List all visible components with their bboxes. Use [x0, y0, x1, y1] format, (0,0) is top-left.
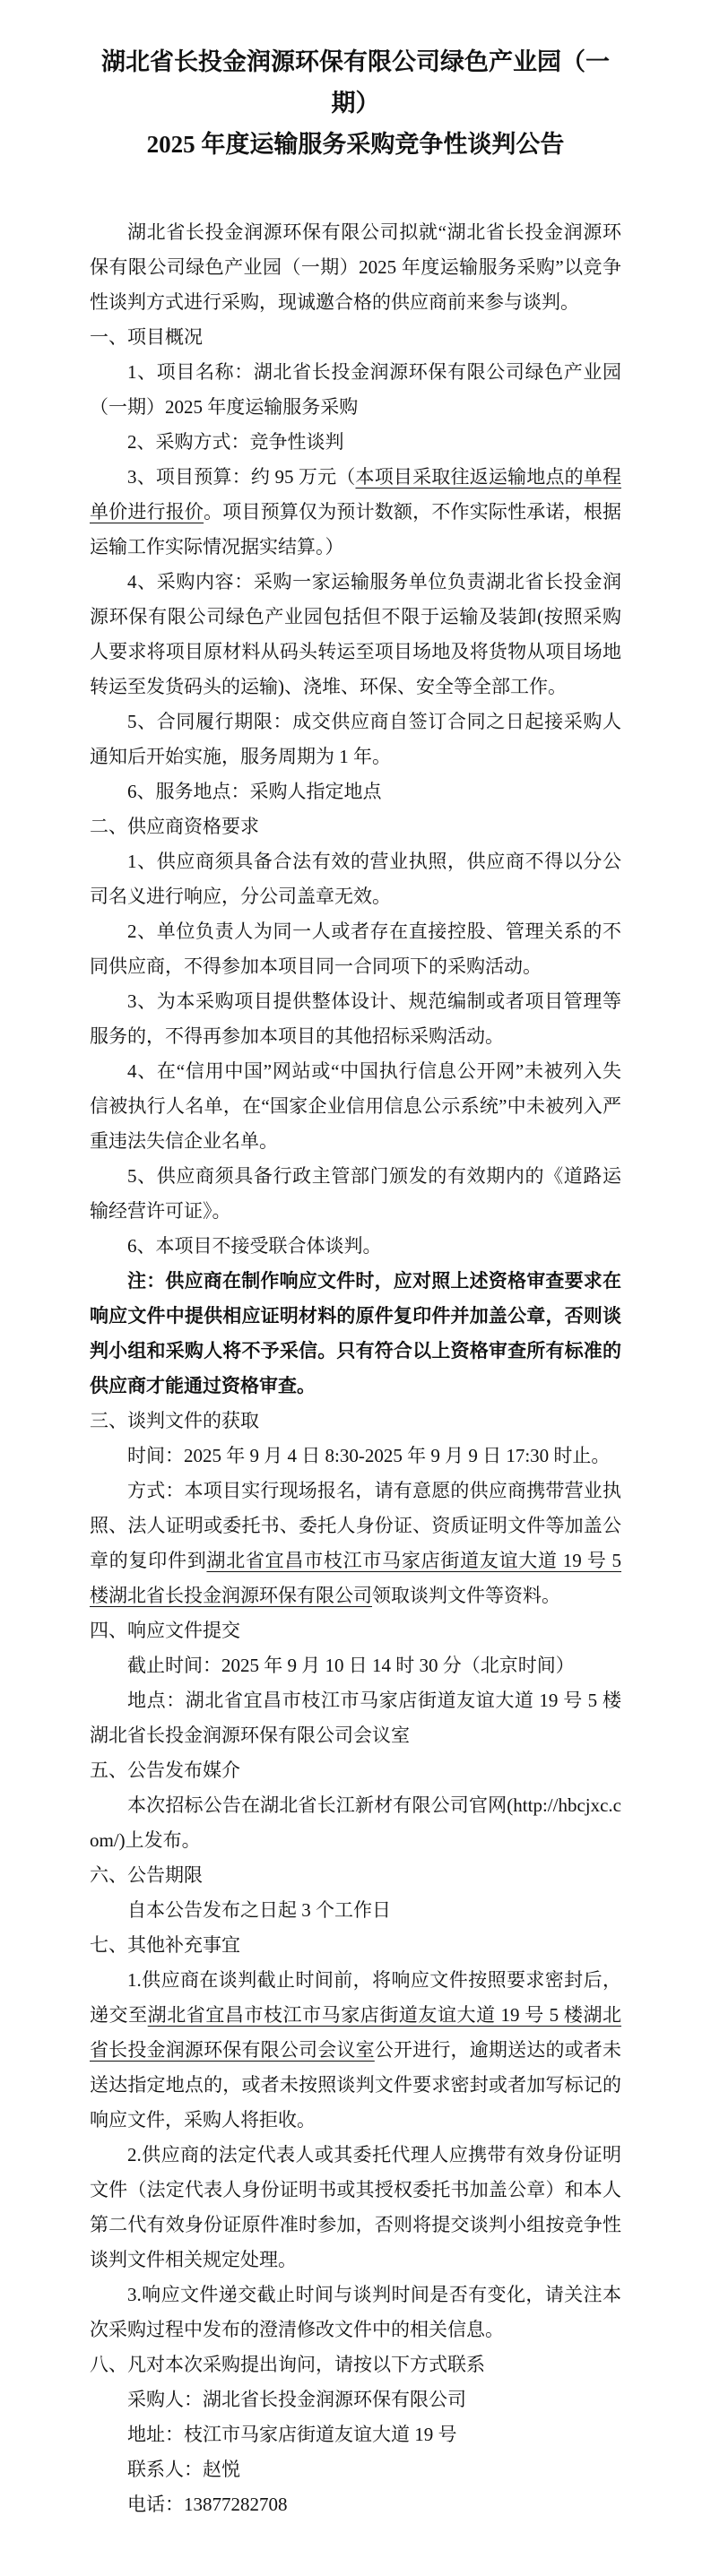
- section3-heading: 三、谈判文件的获取: [90, 1404, 621, 1439]
- section2-item6: 6、本项目不接受联合体谈判。: [90, 1229, 621, 1264]
- section1-item-service-location: 6、服务地点：采购人指定地点: [90, 774, 621, 809]
- section8-heading: 八、凡对本次采购提出询问，请按以下方式联系: [90, 2347, 621, 2382]
- section1-item-procurement-method: 2、采购方式：竞争性谈判: [90, 425, 621, 460]
- section2-item5: 5、供应商须具备行政主管部门颁发的有效期内的《道路运输经营许可证》。: [90, 1159, 621, 1229]
- section5-heading: 五、公告发布媒介: [90, 1753, 621, 1788]
- contact-phone: 电话：13877282708: [90, 2487, 621, 2522]
- section7-item2: 2.供应商的法定代表人或其委托代理人应携带有效身份证明文件（法定代表人身份证明书…: [90, 2138, 621, 2278]
- section1-item-procurement-content: 4、采购内容：采购一家运输服务单位负责湖北省长投金润源环保有限公司绿色产业园包括…: [90, 565, 621, 705]
- section1-item-project-name: 1、项目名称：湖北省长投金润源环保有限公司绿色产业园（一期）2025 年度运输服…: [90, 355, 621, 425]
- section4-heading: 四、响应文件提交: [90, 1613, 621, 1648]
- section4-deadline: 截止时间：2025 年 9 月 10 日 14 时 30 分（北京时间）: [90, 1648, 621, 1683]
- contact-address: 地址：枝江市马家店街道友谊大道 19 号: [90, 2417, 621, 2452]
- section2-note: 注：供应商在制作响应文件时，应对照上述资格审查要求在响应文件中提供相应证明材料的…: [90, 1264, 621, 1404]
- section2-item1: 1、供应商须具备合法有效的营业执照，供应商不得以分公司名义进行响应，分公司盖章无…: [90, 844, 621, 914]
- section5-body: 本次招标公告在湖北省长江新材有限公司官网(http://hbcjxc.com/)…: [90, 1788, 621, 1858]
- section3-time: 时间：2025 年 9 月 4 日 8:30-2025 年 9 月 9 日 17…: [90, 1439, 621, 1474]
- document-title-line1: 湖北省长投金润源环保有限公司绿色产业园（一期）: [90, 41, 621, 124]
- section1-heading: 一、项目概况: [90, 320, 621, 355]
- section6-heading: 六、公告期限: [90, 1858, 621, 1893]
- intro-paragraph: 湖北省长投金润源环保有限公司拟就“湖北省长投金润源环保有限公司绿色产业园（一期）…: [90, 215, 621, 320]
- section2-heading: 二、供应商资格要求: [90, 809, 621, 844]
- contact-buyer: 采购人：湖北省长投金润源环保有限公司: [90, 2382, 621, 2417]
- section1-item-contract-period: 5、合同履行期限：成交供应商自签订合同之日起接采购人通知后开始实施，服务周期为 …: [90, 705, 621, 774]
- document-page: 湖北省长投金润源环保有限公司绿色产业园（一期） 2025 年度运输服务采购竞争性…: [0, 0, 711, 2576]
- section4-location: 地点：湖北省宜昌市枝江市马家店街道友谊大道 19 号 5 楼湖北省长投金润源环保…: [90, 1683, 621, 1753]
- section2-item2: 2、单位负责人为同一人或者存在直接控股、管理关系的不同供应商，不得参加本项目同一…: [90, 914, 621, 984]
- contact-person: 联系人：赵悦: [90, 2452, 621, 2487]
- document-title: 湖北省长投金润源环保有限公司绿色产业园（一期） 2025 年度运输服务采购竞争性…: [90, 41, 621, 165]
- section7-heading: 七、其他补充事宜: [90, 1928, 621, 1963]
- section1-item-budget: 3、项目预算：约 95 万元（本项目采取往返运输地点的单程单价进行报价。项目预算…: [90, 460, 621, 565]
- method-text-tail: 领取谈判文件等资料。: [372, 1585, 560, 1606]
- section3-method: 方式：本项目实行现场报名，请有意愿的供应商携带营业执照、法人证明或委托书、委托人…: [90, 1474, 621, 1613]
- section2-item3: 3、为本采购项目提供整体设计、规范编制或者项目管理等服务的，不得再参加本项目的其…: [90, 984, 621, 1054]
- section6-body: 自本公告发布之日起 3 个工作日: [90, 1893, 621, 1928]
- section7-item3: 3.响应文件递交截止时间与谈判时间是否有变化，请关注本次采购过程中发布的澄清修改…: [90, 2278, 621, 2347]
- budget-text: 3、项目预算：约 95 万元（: [127, 466, 356, 488]
- section2-item4: 4、在“信用中国”网站或“中国执行信息公开网”未被列入失信被执行人名单，在“国家…: [90, 1054, 621, 1159]
- section7-item1: 1.供应商在谈判截止时间前，将响应文件按照要求密封后，递交至湖北省宜昌市枝江市马…: [90, 1963, 621, 2138]
- document-title-line2: 2025 年度运输服务采购竞争性谈判公告: [90, 124, 621, 165]
